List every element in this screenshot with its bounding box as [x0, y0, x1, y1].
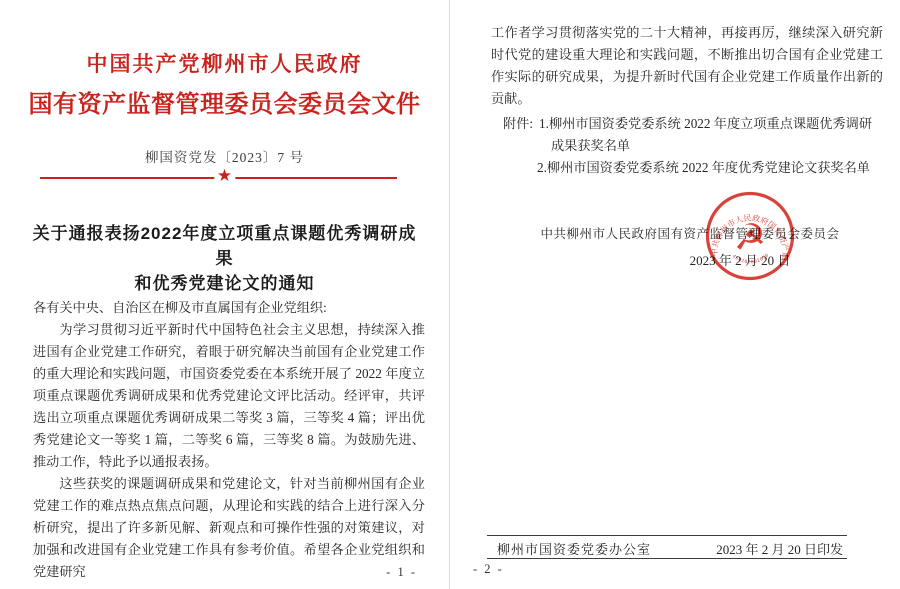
document-page-1: 中国共产党柳州市人民政府 国有资产监督管理委员会委员会文件 柳国资党发〔2023… [0, 0, 449, 589]
official-seal: 中共柳州市人民政府国有资产监督管理委员会委员会 ☭ 4502020020300 [702, 188, 798, 284]
document-body-page1: 各有关中央、自治区在柳及市直属国有企业党组织: 为学习贯彻习近平新时代中国特色社… [33, 297, 425, 583]
star-icon: ★ [214, 168, 235, 185]
letterhead-org-line2: 国有资产监督管理委员会委员会文件 [0, 84, 449, 119]
attachment-label: 附件: [503, 116, 533, 131]
document-title-line1: 关于通报表扬2022年度立项重点课题优秀调研成果 [24, 221, 425, 271]
document-page-2: 工作者学习贯彻落实党的二十大精神，再接再厉，继续深入研究新时代党的建设重大理论和… [451, 0, 900, 589]
hammer-sickle-icon: ☭ [734, 218, 766, 259]
page-number-2: - 2 - [473, 562, 504, 577]
letterhead-org-line1: 中国共产党柳州市人民政府 [0, 48, 449, 78]
body-paragraph-2: 这些获奖的课题调研成果和党建论文，针对当前柳州国有企业党建工作的难点热点焦点问题… [33, 473, 425, 583]
document-title-line2: 和优秀党建论文的通知 [24, 271, 425, 296]
footer-top-rule [487, 535, 847, 536]
page-number-1: - 1 - [386, 565, 417, 580]
body-paragraph-continuation: 工作者学习贯彻落实党的二十大精神，再接再厉，继续深入研究新时代党的建设重大理论和… [491, 22, 883, 110]
attachment-line-1: 附件:1.柳州市国资委党委系统 2022 年度立项重点课题优秀调研 [503, 113, 872, 132]
footer-print-date: 2023 年 2 月 20 日印发 [716, 539, 843, 558]
document-number: 柳国资党发〔2023〕7 号 [0, 146, 449, 166]
attachment-item1-line2: 成果获奖名单 [551, 135, 630, 154]
document-title: 关于通报表扬2022年度立项重点课题优秀调研成果 和优秀党建论文的通知 [24, 221, 425, 296]
footer-issuing-office: 柳州市国资委党委办公室 [497, 539, 651, 558]
attachment-item2: 2.柳州市国资委党委系统 2022 年度优秀党建论文获奖名单 [537, 157, 870, 176]
footer-bottom-rule [487, 558, 847, 559]
page-gap-divider [449, 0, 450, 589]
salutation-line: 各有关中央、自治区在柳及市直属国有企业党组织: [33, 297, 425, 319]
body-paragraph-1: 为学习贯彻习近平新时代中国特色社会主义思想，持续深入推进国有企业党建工作研究，着… [33, 319, 425, 473]
attachment-item1-line1: 1.柳州市国资委党委系统 2022 年度立项重点课题优秀调研 [539, 116, 872, 131]
